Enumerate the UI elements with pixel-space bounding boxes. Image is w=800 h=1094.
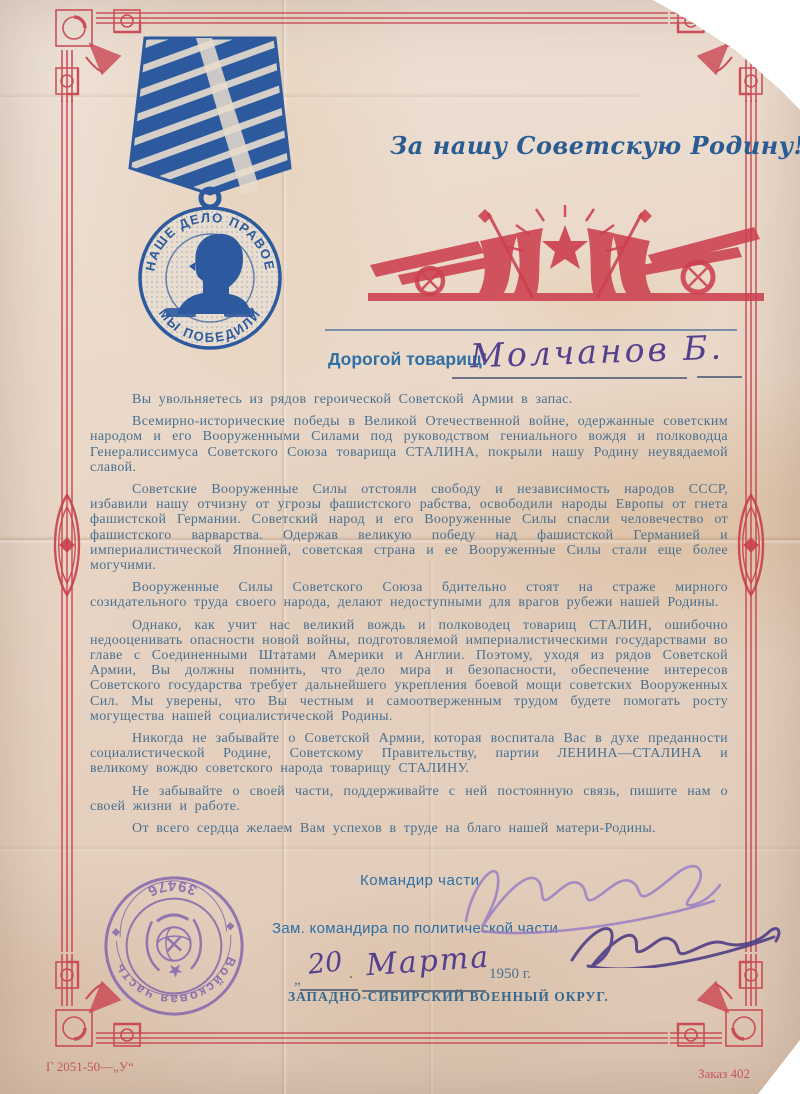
military-district-label: ЗАПАДНО-СИБИРСКИЙ ВОЕННЫЙ ОКРУГ. bbox=[288, 989, 609, 1005]
paragraph: От всего сердца желаем Вам успехов в тру… bbox=[90, 821, 728, 836]
date-year-printed: 1950 г. bbox=[489, 966, 531, 983]
salutation-label: Дорогой товарищ! bbox=[328, 349, 487, 370]
paragraph: Однако, как учит нас великий вождь и пол… bbox=[90, 618, 728, 724]
paragraph: Всемирно-исторические победы в Великой О… bbox=[90, 414, 728, 475]
date-day-handwritten: 20 bbox=[306, 946, 343, 980]
handwritten-signatures bbox=[452, 843, 782, 968]
stamp-emblem bbox=[145, 914, 202, 979]
paragraph: Вы увольняетесь из рядов героической Сов… bbox=[90, 392, 728, 407]
commander-signature bbox=[466, 866, 720, 933]
paragraph: Никогда не забывайте о Советской Армии, … bbox=[90, 731, 728, 777]
weapons-and-banners-vignette bbox=[368, 203, 764, 309]
military-unit-stamp: Войсковая часть 39476 bbox=[96, 868, 252, 1024]
date-separator: . bbox=[349, 966, 353, 983]
scanned-certificate: НАШЕ ДЕЛО ПРАВОЕ МЫ ПОБЕДИЛИ За нашу Сов… bbox=[0, 0, 800, 1094]
slogan-text: За нашу Советскую Родину! bbox=[390, 131, 750, 160]
name-underline bbox=[452, 377, 687, 379]
body-text: Вы увольняетесь из рядов героической Сов… bbox=[90, 392, 728, 843]
print-code-left: Г 2051-50—„У“ bbox=[46, 1059, 134, 1075]
deputy-signature bbox=[572, 929, 779, 968]
date-open-quote: „ bbox=[294, 972, 301, 989]
red-star bbox=[542, 225, 588, 269]
medal-disc: НАШЕ ДЕЛО ПРАВОЕ МЫ ПОБЕДИЛИ bbox=[140, 208, 280, 348]
print-code-right: Заказ 402 bbox=[698, 1066, 750, 1082]
paragraph: Вооруженные Силы Советского Союза бдител… bbox=[90, 580, 728, 610]
paragraph: Не забывайте о своей части, поддерживайт… bbox=[90, 784, 728, 814]
name-underline bbox=[697, 376, 742, 378]
victory-medal-illustration: НАШЕ ДЕЛО ПРАВОЕ МЫ ПОБЕДИЛИ bbox=[110, 30, 310, 360]
medal-ribbon bbox=[130, 38, 290, 194]
paragraph: Советские Вооруженные Силы отстояли своб… bbox=[90, 482, 728, 573]
